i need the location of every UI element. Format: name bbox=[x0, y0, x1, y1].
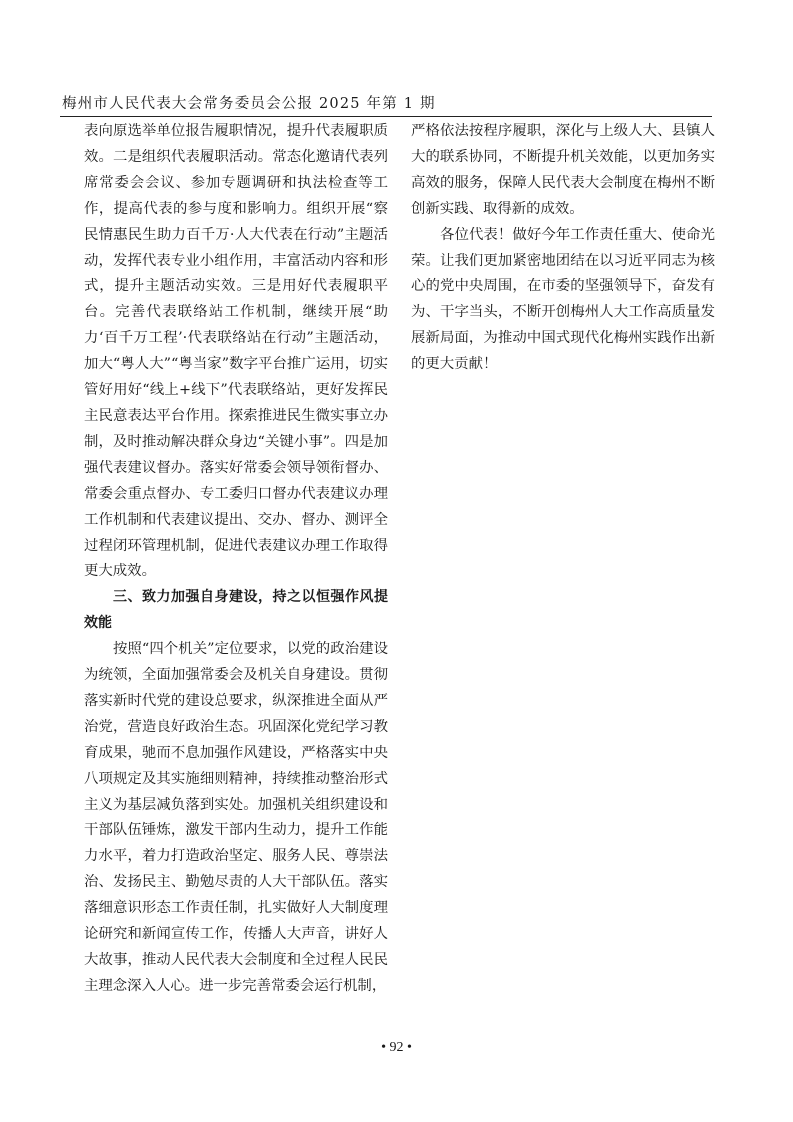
header-rule bbox=[60, 116, 712, 117]
left-column: 表向原选举单位报告履职情况，提升代表履职质效。二是组织代表履职活动。常态化邀请代… bbox=[84, 119, 388, 1000]
closing-paragraph: 各位代表！做好今年工作责任重大、使命光荣。让我们更加紧密地团结在以习近平同志为核… bbox=[411, 223, 715, 378]
body-paragraph: 严格依法按程序履职，深化与上级人大、县镇人大的联系协同，不断提升机关效能，以更加… bbox=[411, 119, 715, 223]
body-paragraph: 表向原选举单位报告履职情况，提升代表履职质效。二是组织代表履职活动。常态化邀请代… bbox=[84, 119, 388, 585]
running-header: 梅州市人民代表大会常务委员会公报 2025 年第 1 期 bbox=[62, 92, 712, 113]
page-number: • 92 • bbox=[0, 1040, 793, 1056]
section-heading: 三、致力加强自身建设，持之以恒强作风提效能 bbox=[84, 585, 388, 637]
right-column: 严格依法按程序履职，深化与上级人大、县镇人大的联系协同，不断提升机关效能，以更加… bbox=[411, 119, 715, 378]
body-paragraph: 按照“四个机关”定位要求，以党的政治建设为统领，全面加强常委会及机关自身建设。贯… bbox=[84, 637, 388, 1000]
